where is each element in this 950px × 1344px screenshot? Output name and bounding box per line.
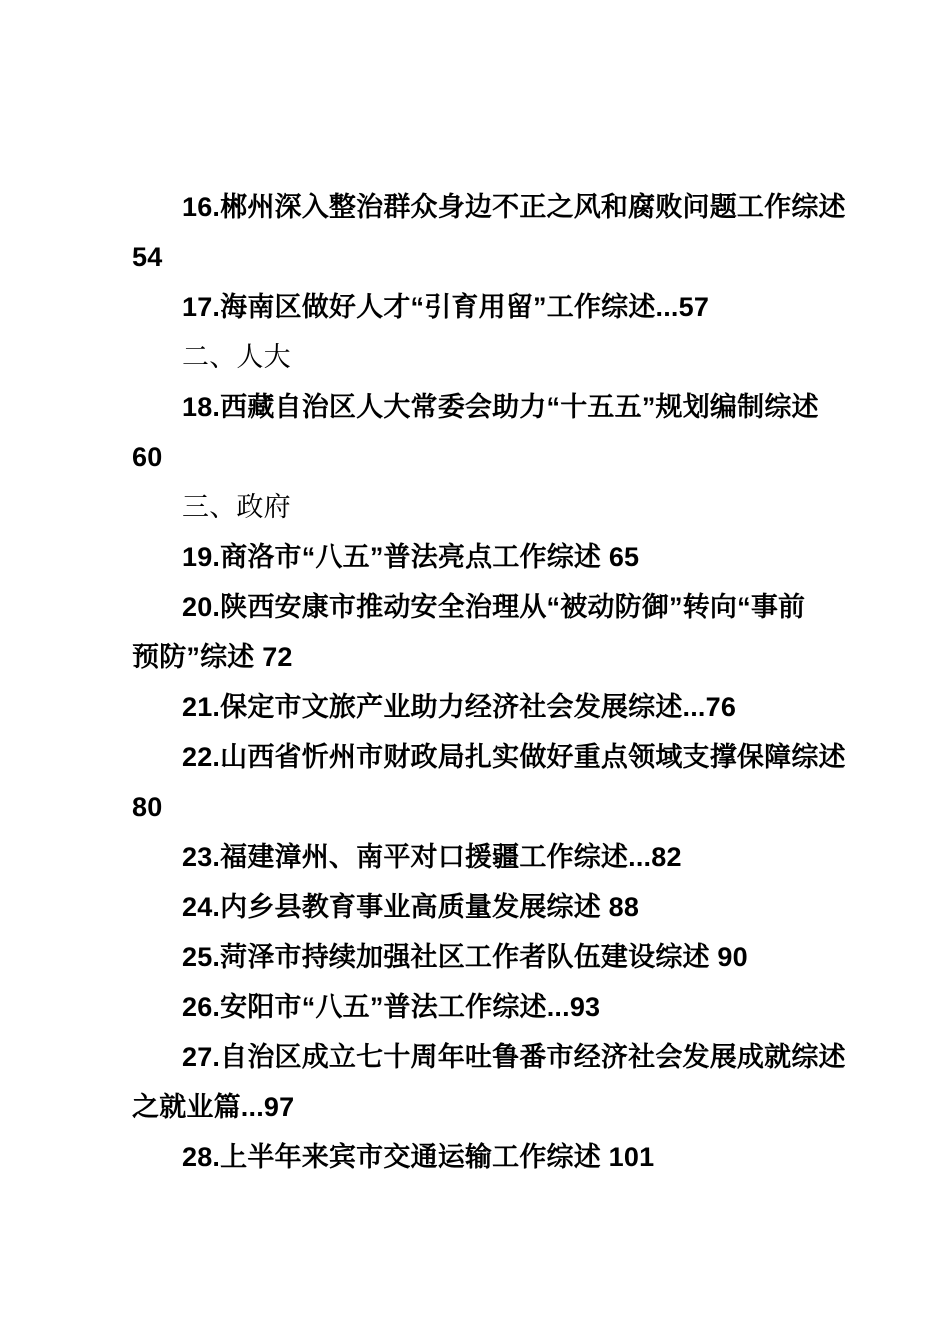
toc-entry-20-line1: 20.陕西安康市推动安全治理从“被动防御”转向“事前 <box>132 582 850 632</box>
toc-entry-22-line1: 22.山西省忻州市财政局扎实做好重点领域支撑保障综述 <box>132 732 850 782</box>
toc-entry-16-line1: 16.郴州深入整治群众身边不正之风和腐败问题工作综述 <box>132 182 850 232</box>
table-of-contents: 16.郴州深入整治群众身边不正之风和腐败问题工作综述 54 17.海南区做好人才… <box>132 182 850 1182</box>
toc-entry-18-line1: 18.西藏自治区人大常委会助力“十五五”规划编制综述 <box>132 382 850 432</box>
toc-entry-19: 19.商洛市“八五”普法亮点工作综述 65 <box>132 532 850 582</box>
toc-entry-18-page: 60 <box>132 432 850 482</box>
toc-entry-17: 17.海南区做好人才“引育用留”工作综述...57 <box>132 282 850 332</box>
toc-entry-26: 26.安阳市“八五”普法工作综述...93 <box>132 982 850 1032</box>
toc-entry-16-page: 54 <box>132 232 850 282</box>
section-header-zhengfu: 三、政府 <box>132 482 850 532</box>
toc-entry-22-page: 80 <box>132 782 850 832</box>
toc-entry-24: 24.内乡县教育事业高质量发展综述 88 <box>132 882 850 932</box>
toc-entry-28: 28.上半年来宾市交通运输工作综述 101 <box>132 1132 850 1182</box>
toc-entry-27-line2: 之就业篇...97 <box>132 1082 850 1132</box>
toc-entry-27-line1: 27.自治区成立七十周年吐鲁番市经济社会发展成就综述 <box>132 1032 850 1082</box>
toc-entry-25: 25.菏泽市持续加强社区工作者队伍建设综述 90 <box>132 932 850 982</box>
toc-entry-21: 21.保定市文旅产业助力经济社会发展综述...76 <box>132 682 850 732</box>
section-header-renda: 二、人大 <box>132 332 850 382</box>
document-page: 16.郴州深入整治群众身边不正之风和腐败问题工作综述 54 17.海南区做好人才… <box>0 0 950 1344</box>
toc-entry-20-line2: 预防”综述 72 <box>132 632 850 682</box>
toc-entry-23: 23.福建漳州、南平对口援疆工作综述...82 <box>132 832 850 882</box>
